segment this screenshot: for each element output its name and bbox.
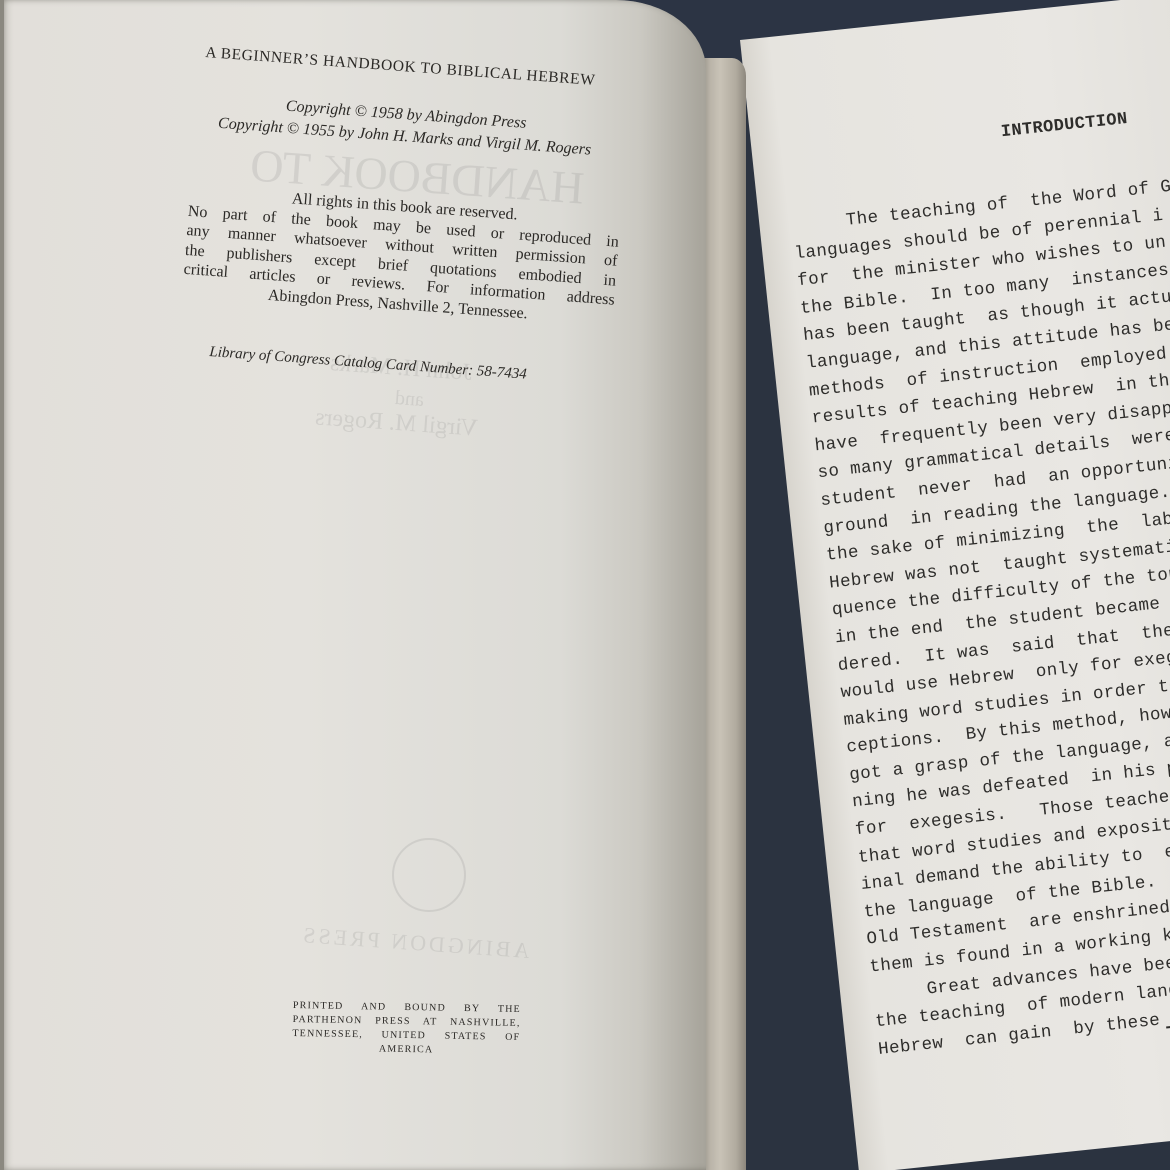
copyright-page: HANDBOOK TO John H. Marks and Virgil M. … [0,0,706,1170]
book-title: A BEGINNER’S HANDBOOK TO BIBLICAL HEBREW [205,44,596,90]
book-gutter [700,58,746,1170]
copyright-notice: Copyright © 1958 by Abingdon Press Copyr… [177,88,634,164]
show-through-author-2: Virgil M. Rogers [314,404,478,442]
open-book-photo: INTRODUCTION The teaching of the Word of… [0,0,1170,1170]
printer-imprint: PRINTED AND BOUND BY THE PARTHENON PRESS… [292,999,521,1059]
rights-statement: All rights in this book are reserved. No… [182,182,621,330]
introduction-page: INTRODUCTION The teaching of the Word of… [740,0,1170,1170]
show-through-and: and [394,387,424,412]
show-through-publisher: ABINGDON PRESS [299,922,530,964]
introduction-heading: INTRODUCTION [1000,110,1129,142]
publisher-logo-show-through-icon [392,838,466,912]
library-of-congress-number: Library of Congress Catalog Card Number:… [209,344,527,384]
page-number: -v- [1163,1016,1170,1038]
introduction-body: The teaching of the Word of Glanguages s… [790,174,1170,1065]
